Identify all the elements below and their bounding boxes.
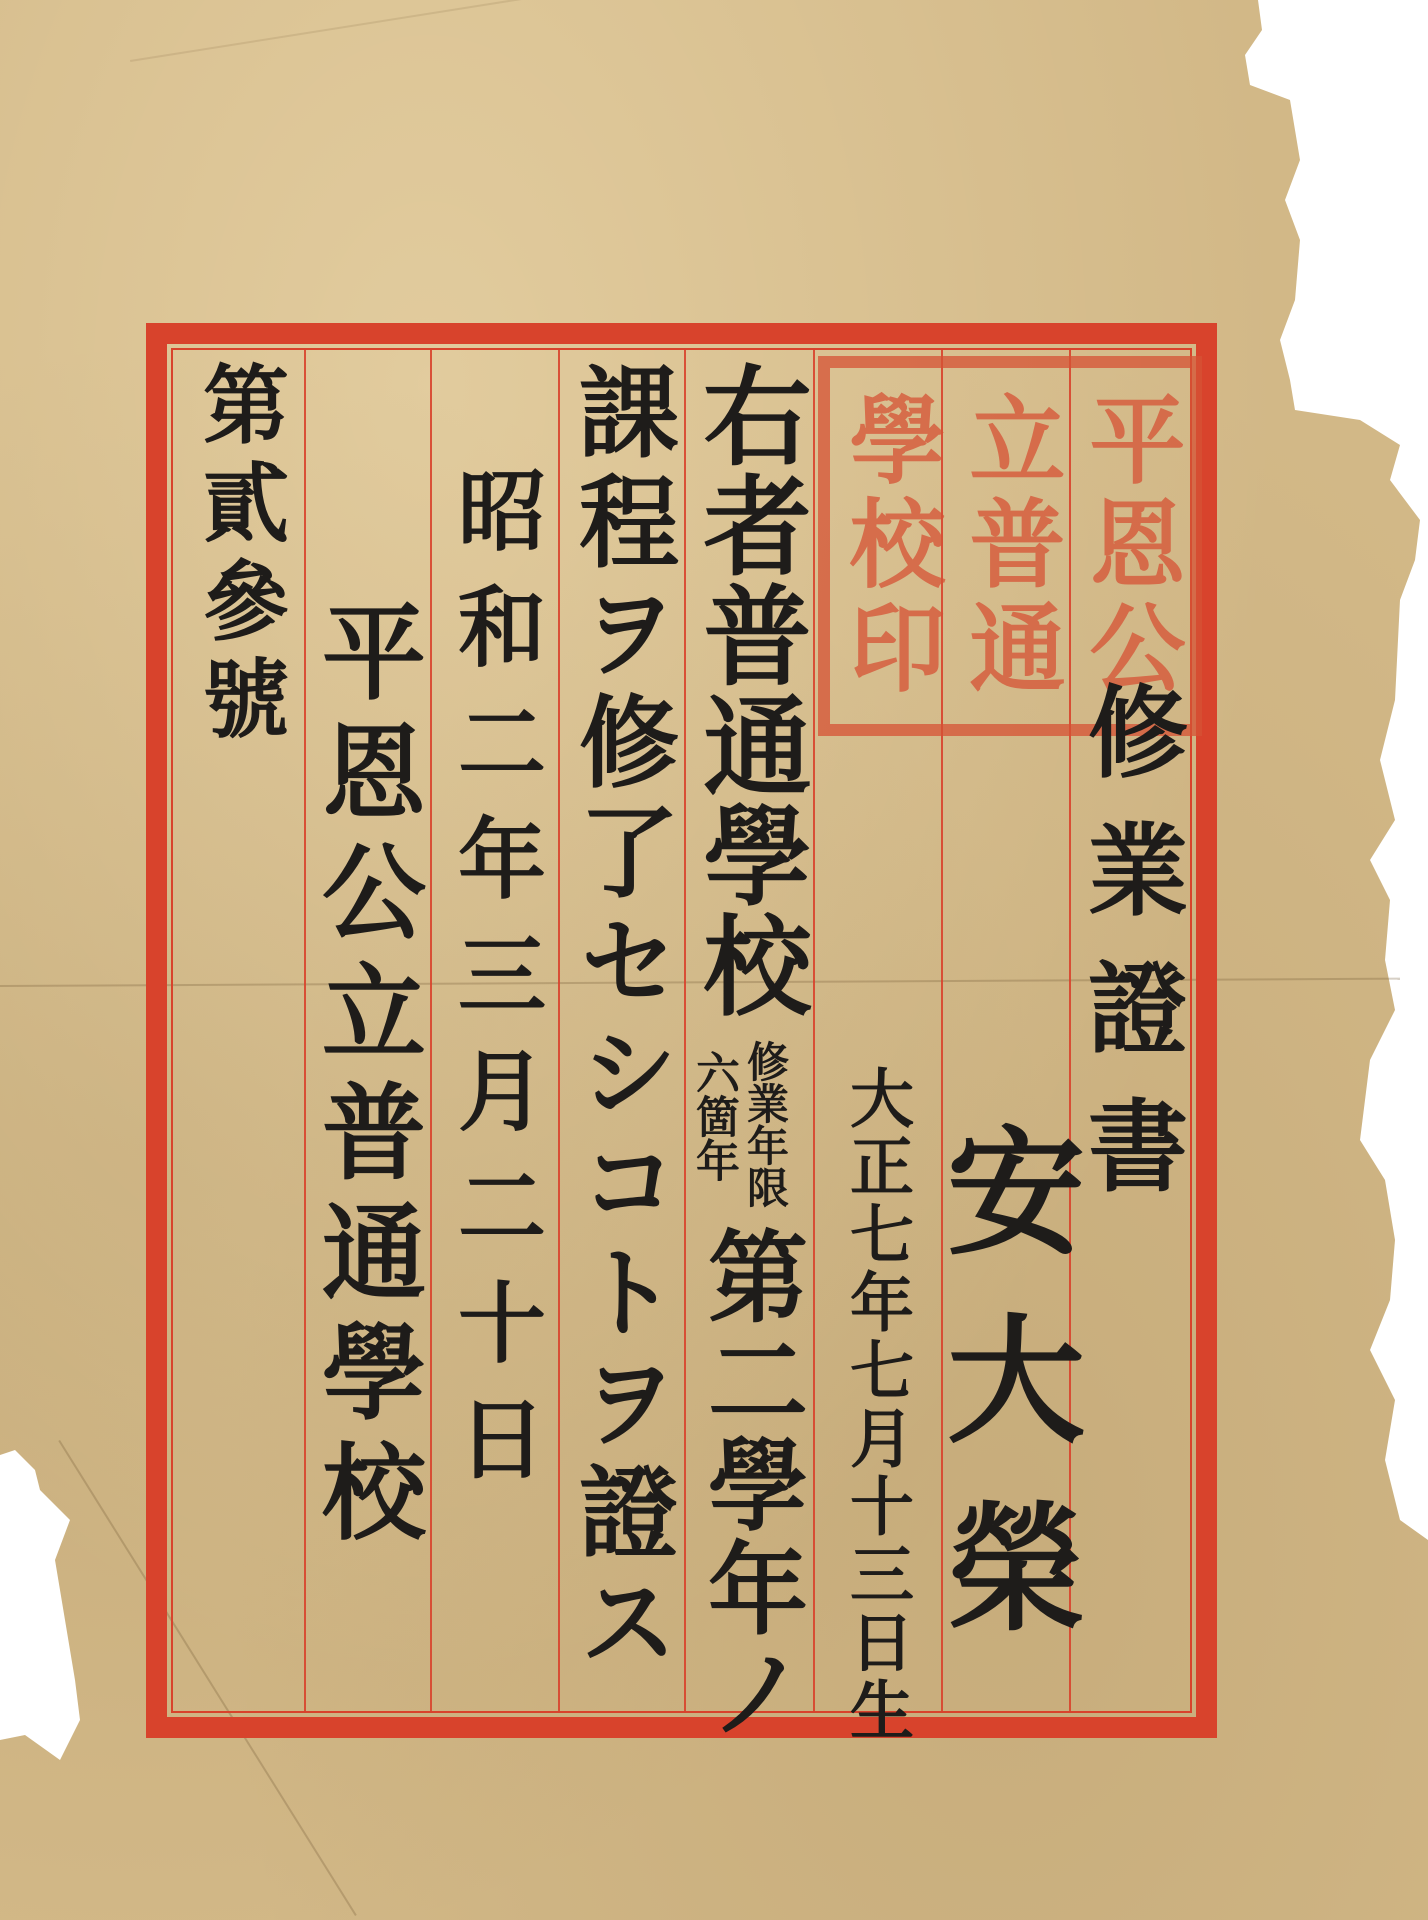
issue-date: 昭和二年三月二十日 [434, 465, 558, 1509]
seal-column: 平恩公 [1082, 390, 1178, 702]
school-seal: 平恩公 立普通 學校印 [818, 356, 1202, 736]
column-rule [813, 348, 815, 1713]
birth-date: 大正七年七月十三日生 [826, 1065, 926, 1745]
serial-number: 第貳參號 [178, 360, 298, 752]
duration-note-right: 修業年限 [740, 1040, 790, 1208]
body-line-1: 右者普通學校 [686, 360, 810, 1020]
seal-column: 學校印 [842, 390, 938, 702]
recipient-name: 安大榮 [935, 1120, 1075, 1684]
body-line-2: 課程ヲ修了セシコトヲ證ス [558, 360, 684, 1680]
duration-note-left: 六箇年 [688, 1050, 738, 1182]
seal-column: 立普通 [962, 390, 1058, 702]
certificate-title: 修業證書 [1070, 680, 1190, 1232]
body-line-1-end: 第二學年ノ [688, 1225, 812, 1745]
column-rule [430, 348, 432, 1713]
issuing-school: 平恩公立普通學校 [300, 598, 430, 1558]
